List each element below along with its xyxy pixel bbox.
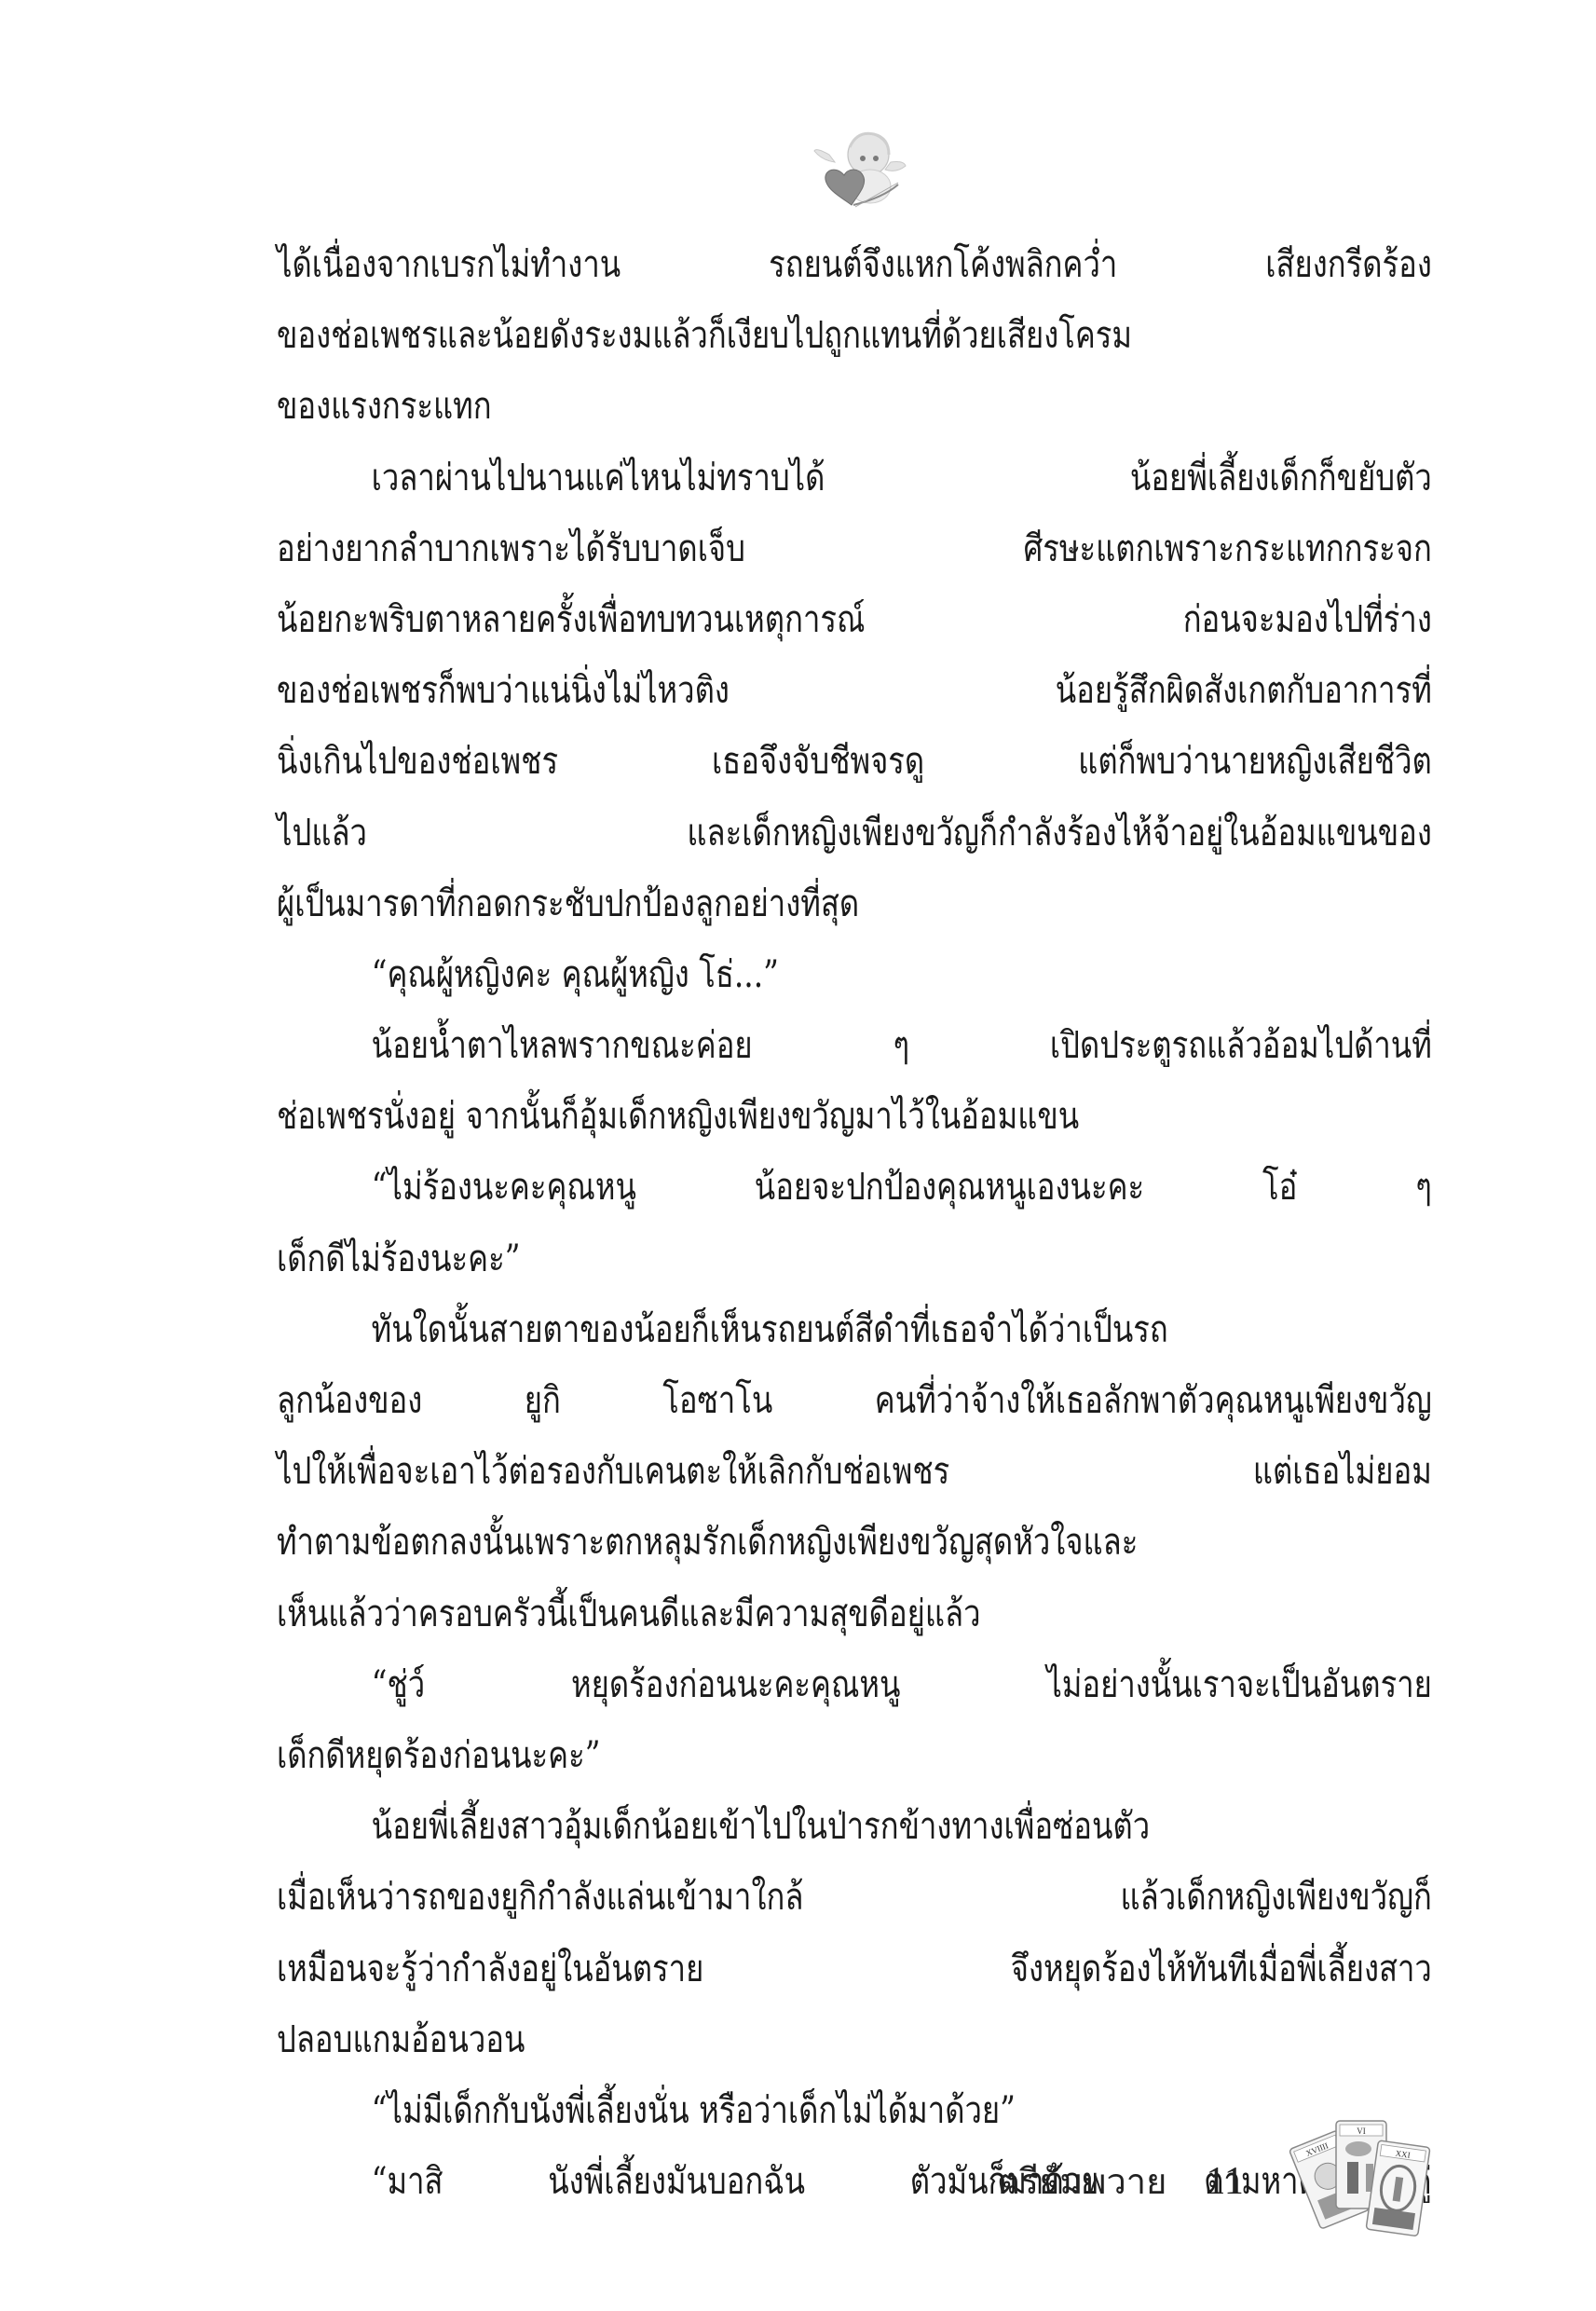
text-line: นิ่งเกินไปของช่อเพชร เธอจึงจับชีพจรดู แต… [277, 726, 1432, 797]
text-line: ของช่อเพชรและน้อยดังระงมแล้วก็เงียบไปถูก… [277, 300, 1432, 371]
text-line: น้อยกะพริบตาหลายครั้งเพื่อทบทวนเหตุการณ์… [277, 584, 1432, 655]
cupid-with-heart-icon [809, 119, 911, 212]
page-number: 11 [1206, 2159, 1243, 2204]
text-line: ไปให้เพื่อจะเอาไว้ต่อรองกับเคนตะให้เลิกก… [277, 1436, 1432, 1507]
text-line: เด็กดีไม่ร้องนะคะ” [277, 1224, 1432, 1294]
text-line: “มาสิ นังพี่เลี้ยงมันบอกฉัน ตัวมันก็มาด้… [277, 2146, 1432, 2217]
text-line: อย่างยากลำบากเพราะได้รับบาดเจ็บ ศีรษะแตก… [277, 513, 1432, 584]
tarot-cards-icon: XVIIII VI XXI [1286, 2108, 1435, 2238]
text-line: ปลอบแกมอ้อนวอน [277, 2004, 1432, 2075]
text-line: เห็นแล้วว่าครอบครัวนี้เป็นคนดีและมีความส… [277, 1579, 1432, 1649]
text-line: “ไม่มีเด็กกับนังพี่เลี้ยงนั่น หรือว่าเด็… [277, 2075, 1432, 2146]
text-line: ไปแล้ว และเด็กหญิงเพียงขวัญก็กำลังร้องไห… [277, 798, 1432, 868]
text-line: ผู้เป็นมารดาที่กอดกระชับปกป้องลูกอย่างที… [277, 868, 1432, 939]
text-line: เหมือนจะรู้ว่ากำลังอยู่ในอันตราย จึงหยุด… [277, 1934, 1432, 2004]
text-line: ของแรงกระแทก [277, 371, 1432, 442]
text-line: เด็กดีหยุดร้องก่อนนะคะ” [277, 1720, 1432, 1791]
card-label-2: VI [1357, 2126, 1366, 2136]
page-footer: ตรียัมพวาย 11 [997, 2153, 1244, 2209]
text-line: “ไม่ร้องนะคะคุณหนู น้อยจะปกป้องคุณหนูเอง… [277, 1152, 1432, 1223]
text-line: ช่อเพชรนั่งอยู่ จากนั้นก็อุ้มเด็กหญิงเพี… [277, 1081, 1432, 1152]
text-line: ได้เนื่องจากเบรกไม่ทำงาน รถยนต์จึงแหกโค้… [277, 229, 1432, 300]
text-line: น้อยน้ำตาไหลพรากขณะค่อย ๆ เปิดประตูรถแล้… [277, 1010, 1432, 1081]
text-line: ลูกน้องของ ยูกิ โอซาโน คนที่ว่าจ้างให้เธ… [277, 1365, 1432, 1436]
text-line: ทันใดนั้นสายตาของน้อยก็เห็นรถยนต์สีดำที่… [277, 1294, 1432, 1365]
book-title: ตรียัมพวาย [997, 2153, 1166, 2209]
text-line: ทำตามข้อตกลงนั้นเพราะตกหลุมรักเด็กหญิงเพ… [277, 1507, 1432, 1578]
text-line: เมื่อเห็นว่ารถของยูกิกำลังแล่นเข้ามาใกล้… [277, 1862, 1432, 1933]
text-line: “คุณผู้หญิงคะ คุณผู้หญิง โธ่...” [277, 939, 1432, 1010]
text-line: ของช่อเพชรก็พบว่าแน่นิ่งไม่ไหวติง น้อยรู… [277, 655, 1432, 726]
chapter-body-text: ได้เนื่องจากเบรกไม่ทำงาน รถยนต์จึงแหกโค้… [277, 229, 1432, 2217]
text-line: เวลาผ่านไปนานแค่ไหนไม่ทราบได้ น้อยพี่เลี… [277, 443, 1432, 513]
text-line: “ชู่ว์ หยุดร้องก่อนนะคะคุณหนู ไม่อย่างนั… [277, 1649, 1432, 1720]
text-line: น้อยพี่เลี้ยงสาวอุ้มเด็กน้อยเข้าไปในป่าร… [277, 1791, 1432, 1862]
